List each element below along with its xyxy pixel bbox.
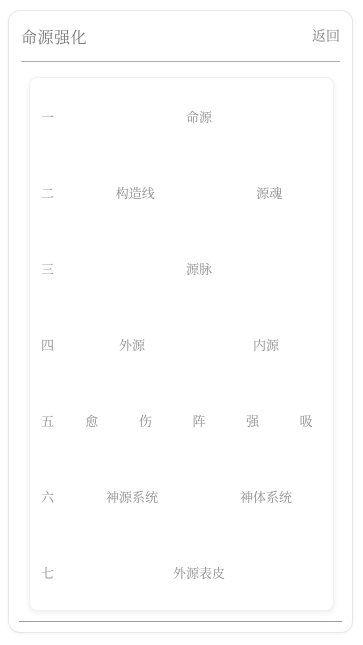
row-items: 愈伤阵强吸 <box>65 411 333 430</box>
row-items: 外源内源 <box>65 335 333 354</box>
row-items: 外源表皮 <box>65 563 333 582</box>
tree-row: 五愈伤阵强吸 <box>30 382 333 458</box>
row-level-label: 三 <box>30 259 65 278</box>
tree-item[interactable]: 源脉 <box>186 259 212 278</box>
tree-item[interactable]: 外源 <box>119 335 145 354</box>
row-level-label: 四 <box>30 335 65 354</box>
tree-item[interactable]: 阵 <box>192 411 205 430</box>
header-divider <box>21 61 340 62</box>
tree-item[interactable]: 源魂 <box>256 183 282 202</box>
row-items: 源脉 <box>65 259 333 278</box>
tree-item[interactable]: 构造线 <box>116 183 155 202</box>
tree-item[interactable]: 内源 <box>253 335 279 354</box>
back-button[interactable]: 返回 <box>312 24 340 48</box>
main-panel: 命源强化 返回 一命源二构造线源魂三源脉四外源内源五愈伤阵强吸六神源系统神体系统… <box>8 10 353 633</box>
tree-row: 二构造线源魂 <box>30 154 333 230</box>
tree-row: 四外源内源 <box>30 306 333 382</box>
row-level-label: 七 <box>30 563 65 582</box>
tree-item[interactable]: 强 <box>246 411 259 430</box>
row-items: 构造线源魂 <box>65 183 333 202</box>
tree-item[interactable]: 伤 <box>139 411 152 430</box>
tree-row: 六神源系统神体系统 <box>30 458 333 534</box>
tree-row: 七外源表皮 <box>30 534 333 610</box>
tree-item[interactable]: 命源 <box>186 107 212 126</box>
row-level-label: 五 <box>30 411 65 430</box>
page-title: 命源强化 <box>21 25 87 48</box>
row-items: 神源系统神体系统 <box>65 487 333 506</box>
tree-item[interactable]: 神源系统 <box>106 487 158 506</box>
tree-row: 一命源 <box>30 78 333 154</box>
row-level-label: 二 <box>30 183 65 202</box>
tree-item[interactable]: 外源表皮 <box>173 563 225 582</box>
row-level-label: 一 <box>30 107 65 126</box>
tree-item[interactable]: 神体系统 <box>240 487 292 506</box>
enhancement-tree-card: 一命源二构造线源魂三源脉四外源内源五愈伤阵强吸六神源系统神体系统七外源表皮 <box>29 77 334 611</box>
bottom-divider <box>19 621 342 622</box>
tree-item[interactable]: 吸 <box>300 411 313 430</box>
row-level-label: 六 <box>30 487 65 506</box>
row-items: 命源 <box>65 107 333 126</box>
tree-item[interactable]: 愈 <box>85 411 98 430</box>
tree-row: 三源脉 <box>30 230 333 306</box>
header-bar: 命源强化 返回 <box>9 11 352 61</box>
